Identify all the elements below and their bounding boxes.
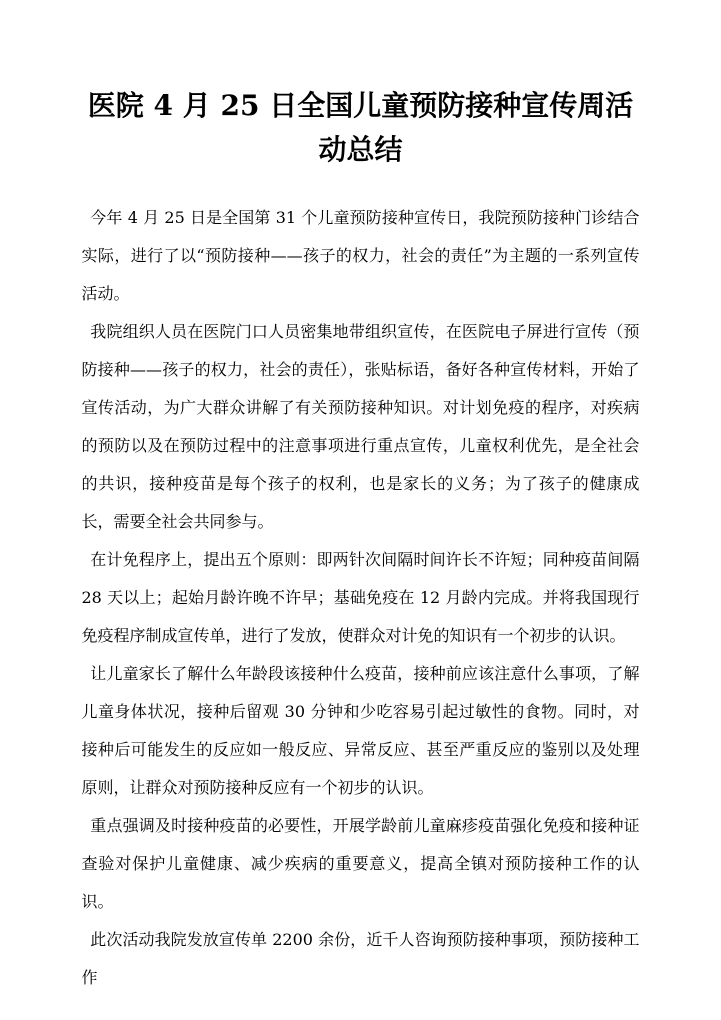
paragraph-intro: 今年 4 月 25 日是全国第 31 个儿童预防接种宣传日，我院预防接种门诊结合…	[82, 199, 640, 313]
document-body: 今年 4 月 25 日是全国第 31 个儿童预防接种宣传日，我院预防接种门诊结合…	[82, 199, 640, 997]
paragraph-results: 此次活动我院发放宣传单 2200 余份，近千人咨询预防接种事项，预防接种工作	[82, 921, 640, 997]
page-title: 医院 4 月 25 日全国儿童预防接种宣传周活 动总结	[40, 84, 681, 172]
paragraph-organization: 我院组织人员在医院门口人员密集地带组织宣传，在医院电子屏进行宣传（预防接种——孩…	[82, 313, 640, 541]
paragraph-parents-education: 让儿童家长了解什么年龄段该接种什么疫苗，接种前应该注意什么事项，了解儿童身体状况…	[82, 655, 640, 807]
paragraph-principles: 在计免程序上，提出五个原则：即两针次间隔时间许长不许短；同种疫苗间隔 28 天以…	[82, 541, 640, 655]
page-title-line-1: 医院 4 月 25 日全国儿童预防接种宣传周活	[40, 84, 681, 128]
paragraph-emphasis: 重点强调及时接种疫苗的必要性，开展学龄前儿童麻疹疫苗强化免疫和接种证查验对保护儿…	[82, 807, 640, 921]
page-title-line-2: 动总结	[40, 128, 681, 172]
document-page: 医院 4 月 25 日全国儿童预防接种宣传周活 动总结 今年 4 月 25 日是…	[0, 0, 721, 1020]
